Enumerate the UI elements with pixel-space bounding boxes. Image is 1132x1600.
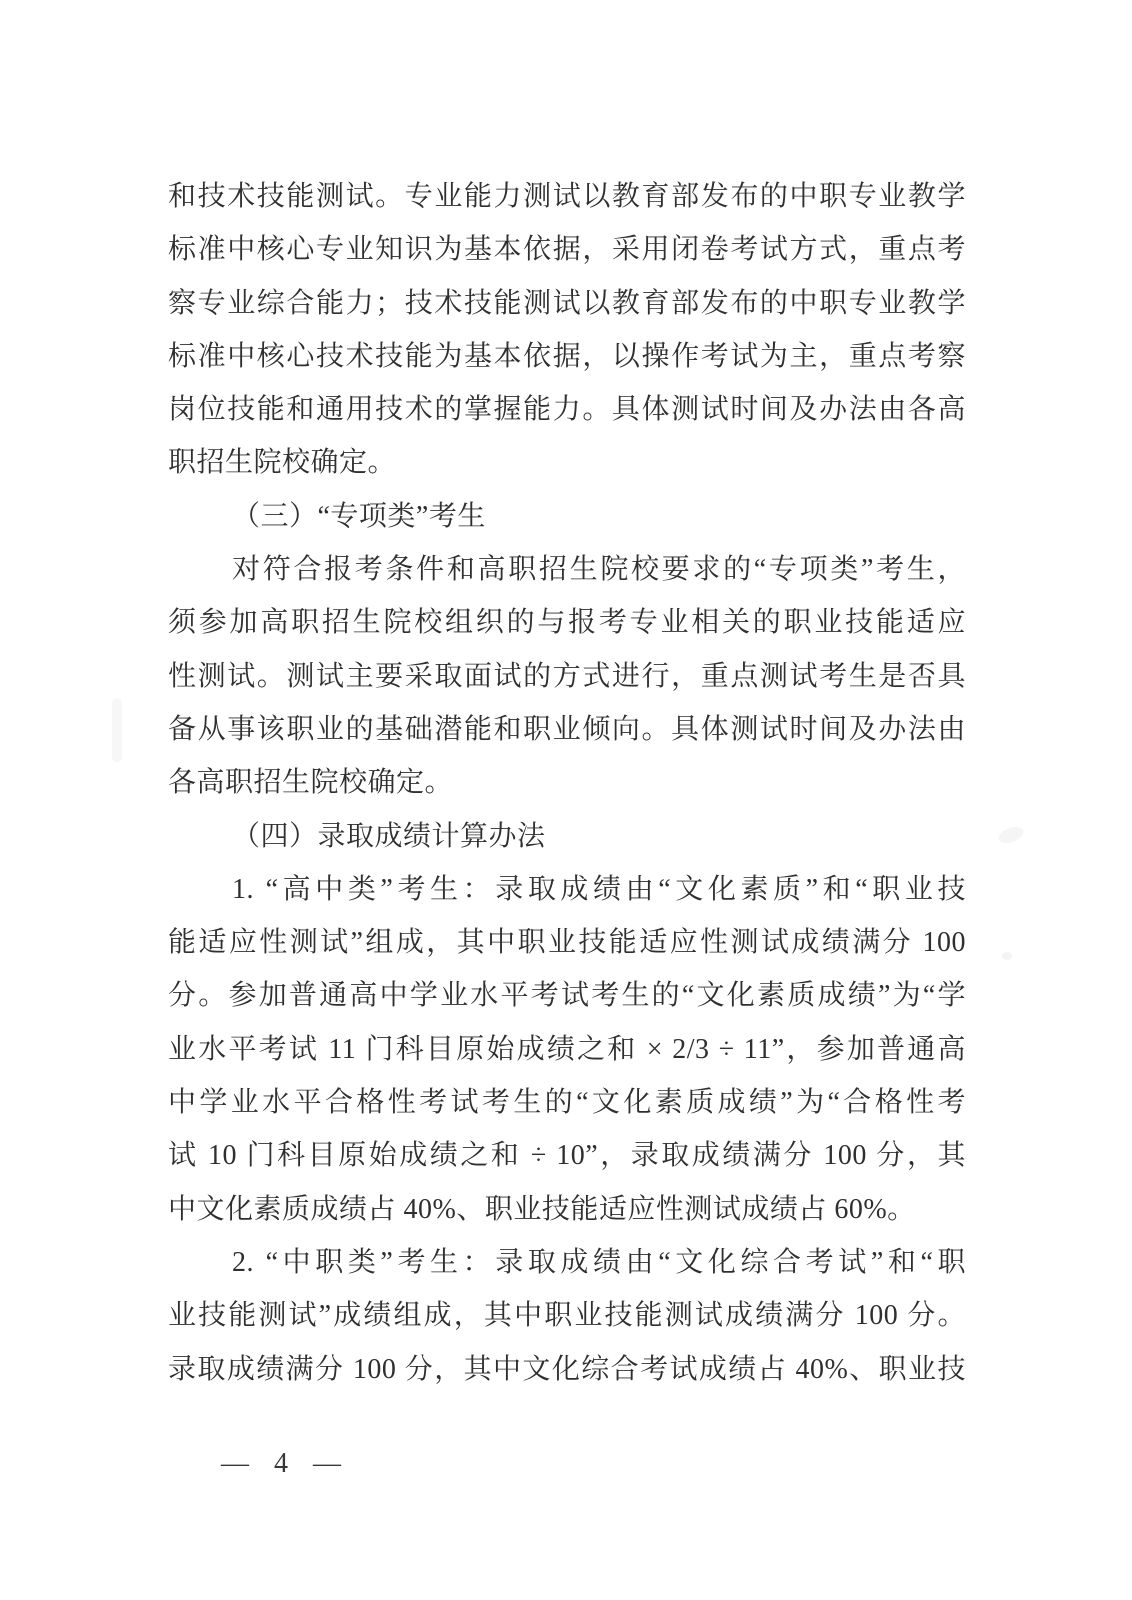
text-line: 能适应性测试”组成，其中职业技能适应性测试成绩满分 100 (168, 916, 966, 969)
text-line: 察专业综合能力；技术技能测试以教育部发布的中职专业教学 (168, 277, 966, 330)
text-line: 备从事该职业的基础潜能和职业倾向。具体测试时间及办法由 (168, 703, 966, 756)
document-page: 和技术技能测试。专业能力测试以教育部发布的中职专业教学标准中核心专业知识为基本依… (0, 0, 1132, 1600)
text-line: 试 10 门科目原始成绩之和 ÷ 10”，录取成绩满分 100 分，其 (168, 1129, 966, 1182)
text-line: （三）“专项类”考生 (168, 490, 966, 543)
text-line: 须参加高职招生院校组织的与报考专业相关的职业技能适应 (168, 596, 966, 649)
text-line: 中学业水平合格性考试考生的“文化素质成绩”为“合格性考 (168, 1076, 966, 1129)
text-line: 标准中核心专业知识为基本依据，采用闭卷考试方式，重点考 (168, 223, 966, 276)
text-line: 2. “中职类”考生：录取成绩由“文化综合考试”和“职 (168, 1236, 966, 1289)
text-line: 分。参加普通高中学业水平考试考生的“文化素质成绩”为“学 (168, 969, 966, 1022)
text-line: 录取成绩满分 100 分，其中文化综合考试成绩占 40%、职业技 (168, 1343, 966, 1396)
scan-artifact (996, 824, 1025, 846)
page-number: — 4 — (221, 1448, 350, 1480)
scan-artifact (1002, 952, 1012, 960)
text-line: 对符合报考条件和高职招生院校要求的“专项类”考生， (168, 543, 966, 596)
text-line: 职招生院校确定。 (168, 436, 966, 489)
text-line: （四）录取成绩计算办法 (168, 810, 966, 863)
text-line: 标准中核心技术技能为基本依据，以操作考试为主，重点考察 (168, 330, 966, 383)
document-body: 和技术技能测试。专业能力测试以教育部发布的中职专业教学标准中核心专业知识为基本依… (168, 170, 966, 1396)
text-line: 和技术技能测试。专业能力测试以教育部发布的中职专业教学 (168, 170, 966, 223)
text-line: 中文化素质成绩占 40%、职业技能适应性测试成绩占 60%。 (168, 1183, 966, 1236)
scan-artifact (112, 698, 122, 762)
text-line: 性测试。测试主要采取面试的方式进行，重点测试考生是否具 (168, 650, 966, 703)
text-line: 业水平考试 11 门科目原始成绩之和 × 2/3 ÷ 11”，参加普通高 (168, 1023, 966, 1076)
text-line: 岗位技能和通用技术的掌握能力。具体测试时间及办法由各高 (168, 383, 966, 436)
text-line: 业技能测试”成绩组成，其中职业技能测试成绩满分 100 分。 (168, 1289, 966, 1342)
text-line: 各高职招生院校确定。 (168, 756, 966, 809)
text-line: 1. “高中类”考生：录取成绩由“文化素质”和“职业技 (168, 863, 966, 916)
